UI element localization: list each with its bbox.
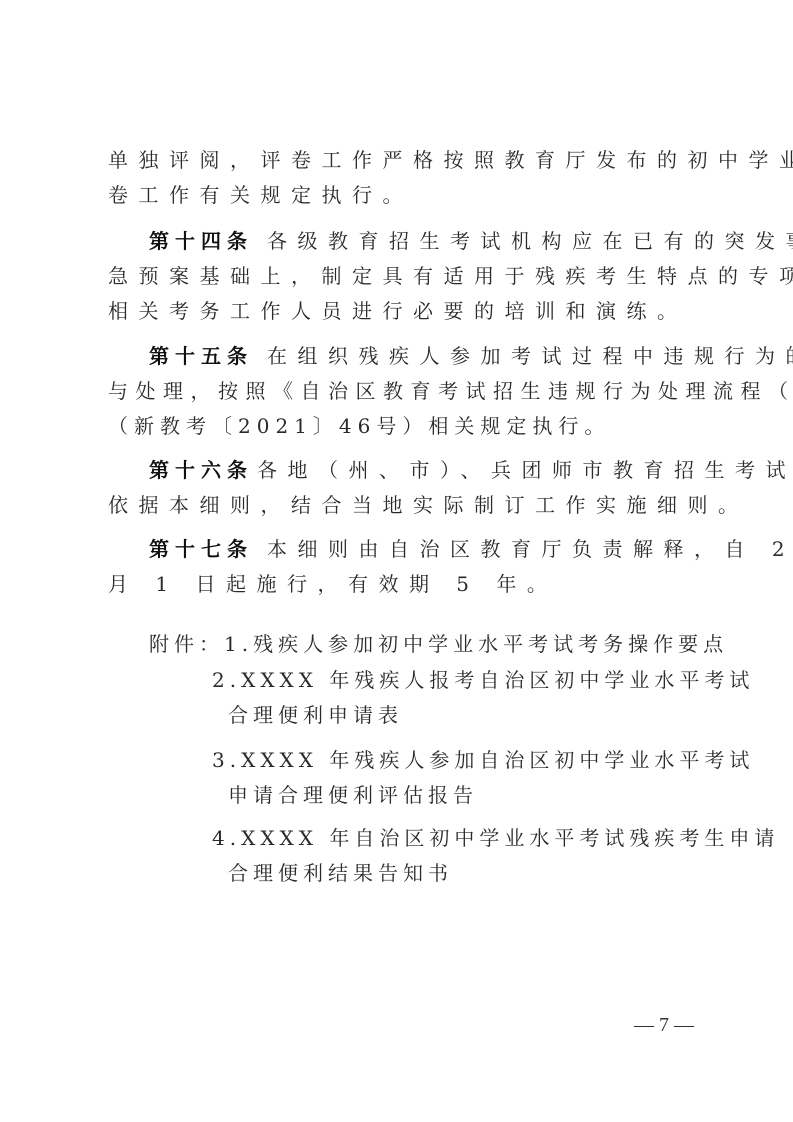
article-text: 本细则由自治区教育厅负责解释，自 2025 年 1 [267, 537, 793, 561]
paragraph-line: 与处理，按照《自治区教育考试招生违规行为处理流程（试行）》 [108, 379, 793, 403]
page-number: — 7 — [634, 1014, 694, 1037]
article-14-line: 第十四条各级教育招生考试机构应在已有的突发事件应 [149, 229, 793, 253]
paragraph-line: 单独评阅，评卷工作严格按照教育厅发布的初中学业水平考试评 [108, 148, 793, 172]
article-heading: 第十七条 [149, 537, 253, 561]
paragraph-line: 相关考务工作人员进行必要的培训和演练。 [108, 299, 688, 323]
document-page: 单独评阅，评卷工作严格按照教育厅发布的初中学业水平考试评 卷工作有关规定执行。 … [0, 0, 793, 1122]
attachment-item-cont: 申请合理便利评估报告 [228, 783, 478, 807]
article-16-line: 第十六条各地（州、市）、兵团师市教育招生考试机构可 [149, 458, 793, 482]
attachment-line: 附件：1.残疾人参加初中学业水平考试考务操作要点 [149, 632, 728, 656]
article-heading: 第十四条 [149, 229, 253, 253]
article-text: 各级教育招生考试机构应在已有的突发事件应 [267, 229, 793, 253]
article-text: 在组织残疾人参加考试过程中违规行为的认定 [267, 344, 793, 368]
article-heading: 第十六条 [149, 458, 253, 482]
attachments-label: 附件： [149, 632, 224, 656]
article-17-line: 第十七条本细则由自治区教育厅负责解释，自 2025 年 1 [149, 537, 793, 561]
attachment-item: 4.XXXX 年自治区初中学业水平考试残疾考生申请 [212, 826, 779, 850]
attachment-item-cont: 合理便利申请表 [228, 703, 403, 727]
paragraph-line: 月 1 日起施行，有效期 5 年。 [108, 572, 557, 596]
attachment-item: 3.XXXX 年残疾人参加自治区初中学业水平考试 [212, 748, 754, 772]
paragraph-line: 依据本细则，结合当地实际制订工作实施细则。 [108, 493, 749, 517]
paragraph-line: （新教考〔2021〕46号）相关规定执行。 [108, 414, 610, 438]
paragraph-line: 卷工作有关规定执行。 [108, 183, 413, 207]
article-15-line: 第十五条在组织残疾人参加考试过程中违规行为的认定 [149, 344, 793, 368]
article-text: 各地（州、市）、兵团师市教育招生考试机构可 [257, 458, 793, 482]
paragraph-line: 急预案基础上，制定具有适用于残疾考生特点的专项预案，并对 [108, 264, 793, 288]
attachment-item: 2.XXXX 年残疾人报考自治区初中学业水平考试 [212, 668, 754, 692]
article-heading: 第十五条 [149, 344, 253, 368]
attachment-item: 1.残疾人参加初中学业水平考试考务操作要点 [224, 632, 728, 656]
attachment-item-cont: 合理便利结果告知书 [228, 861, 453, 885]
